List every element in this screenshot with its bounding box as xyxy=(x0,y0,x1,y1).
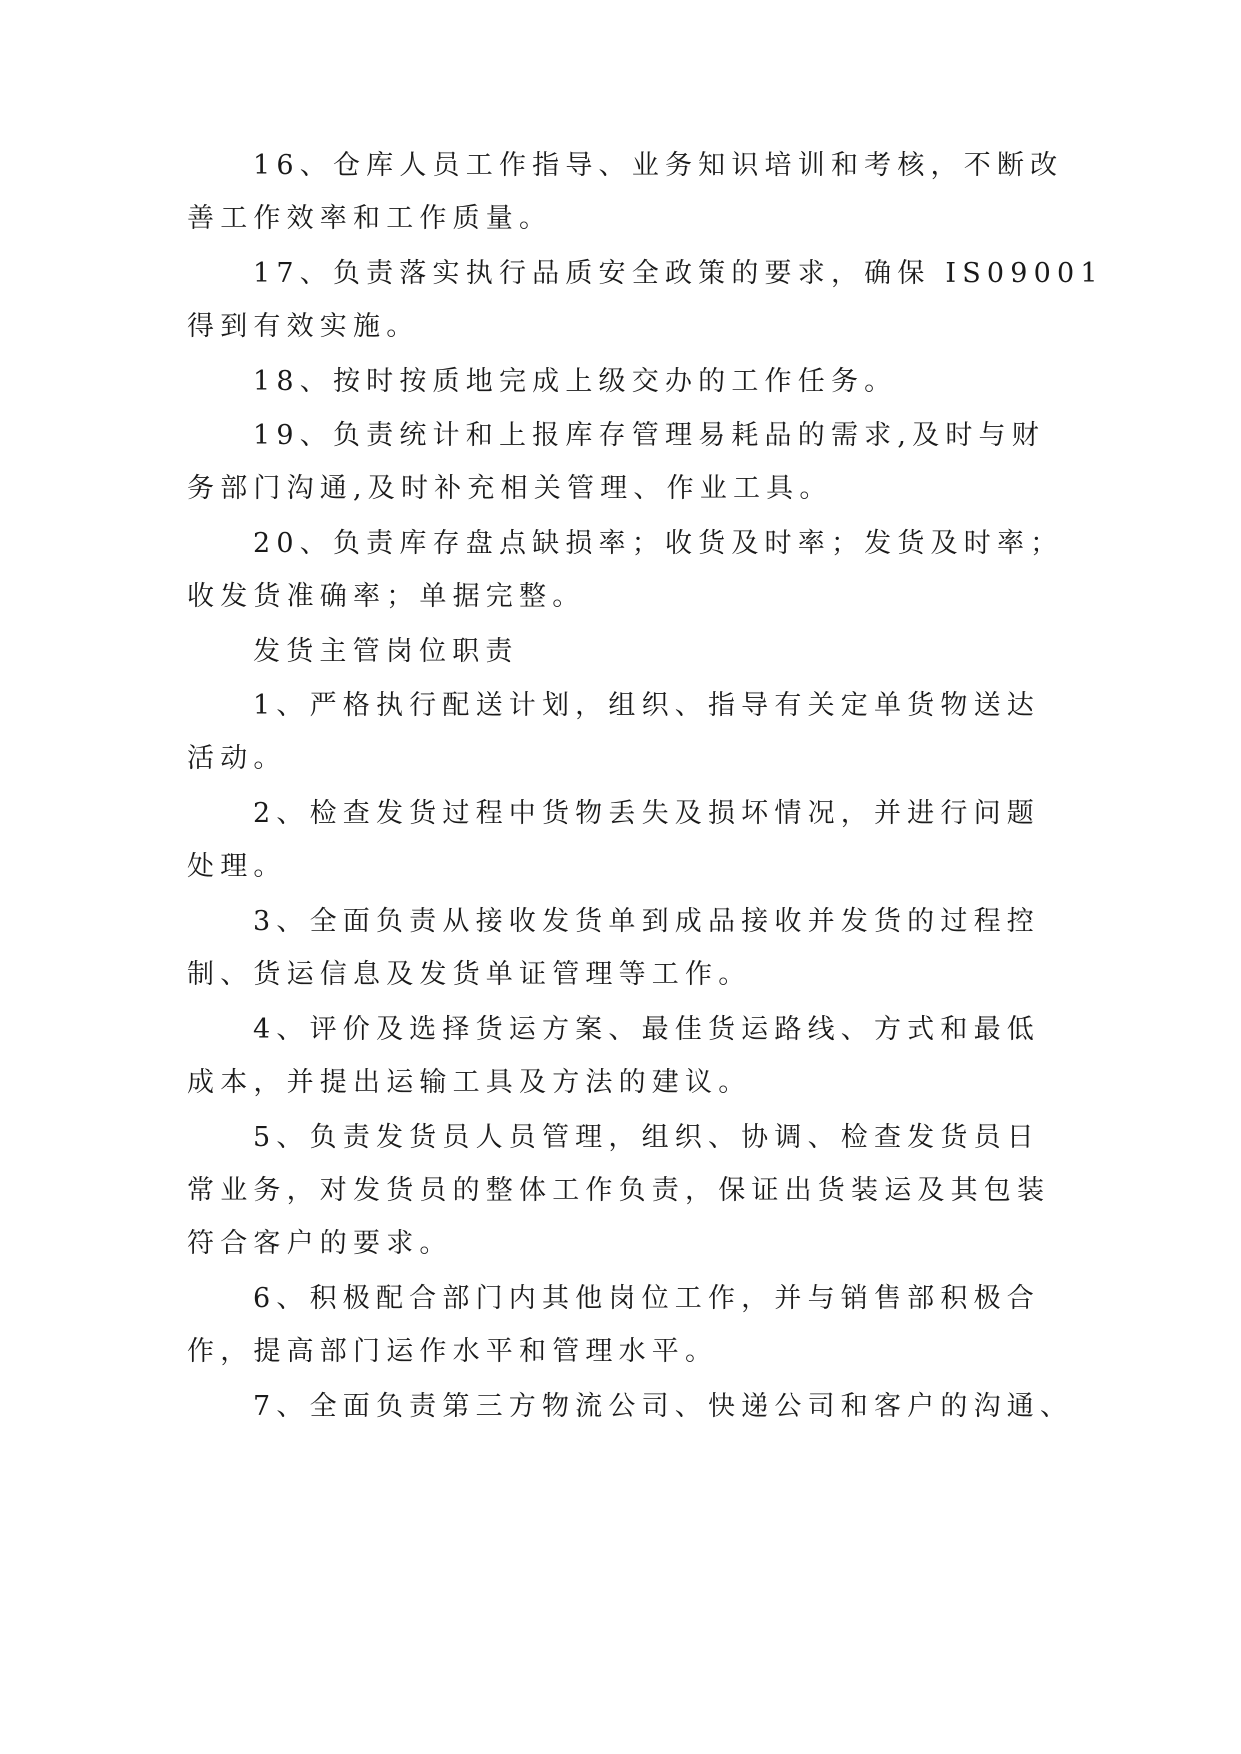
document-page: 16、仓库人员工作指导、业务知识培训和考核，不断改 善工作效率和工作质量。 17… xyxy=(0,0,1241,1754)
item-16-line-2: 善工作效率和工作质量。 xyxy=(187,201,552,237)
duty-4-line-2: 成本，并提出运输工具及方法的建议。 xyxy=(187,1065,751,1101)
duty-2-line-2: 处理。 xyxy=(187,849,287,885)
duty-3-line-1: 3、全面负责从接收发货单到成品接收并发货的过程控 xyxy=(253,904,1040,940)
item-19-line-2: 务部门沟通,及时补充相关管理、作业工具。 xyxy=(187,471,833,507)
item-16-line-1: 16、仓库人员工作指导、业务知识培训和考核，不断改 xyxy=(253,148,1063,184)
duty-6-line-1: 6、积极配合部门内其他岗位工作，并与销售部积极合 xyxy=(253,1281,1040,1317)
duty-4-line-1: 4、评价及选择货运方案、最佳货运路线、方式和最低 xyxy=(253,1012,1040,1048)
duty-7-line-1: 7、全面负责第三方物流公司、快递公司和客户的沟通、 xyxy=(253,1389,1073,1425)
section-heading-shipping-supervisor: 发货主管岗位职责 xyxy=(253,634,519,670)
duty-5-line-3: 符合客户的要求。 xyxy=(187,1226,453,1262)
item-18-line-1: 18、按时按质地完成上级交办的工作任务。 xyxy=(253,364,897,400)
item-17-line-2: 得到有效实施。 xyxy=(187,309,419,345)
item-19-line-1: 19、负责统计和上报库存管理易耗品的需求,及时与财 xyxy=(253,418,1045,454)
duty-1-line-2: 活动。 xyxy=(187,741,287,777)
duty-1-line-1: 1、严格执行配送计划，组织、指导有关定单货物送达 xyxy=(253,688,1040,724)
duty-5-line-2: 常业务，对发货员的整体工作负责，保证出货装运及其包装 xyxy=(187,1173,1050,1209)
item-20-line-1: 20、负责库存盘点缺损率；收货及时率；发货及时率； xyxy=(253,526,1063,562)
item-17-line-1: 17、负责落实执行品质安全政策的要求，确保 IS09001 xyxy=(253,256,1104,292)
duty-2-line-1: 2、检查发货过程中货物丢失及损坏情况，并进行问题 xyxy=(253,796,1040,832)
duty-5-line-1: 5、负责发货员人员管理，组织、协调、检查发货员日 xyxy=(253,1120,1040,1156)
duty-3-line-2: 制、货运信息及发货单证管理等工作。 xyxy=(187,957,751,993)
item-20-line-2: 收发货准确率；单据完整。 xyxy=(187,579,585,615)
duty-6-line-2: 作，提高部门运作水平和管理水平。 xyxy=(187,1334,718,1370)
